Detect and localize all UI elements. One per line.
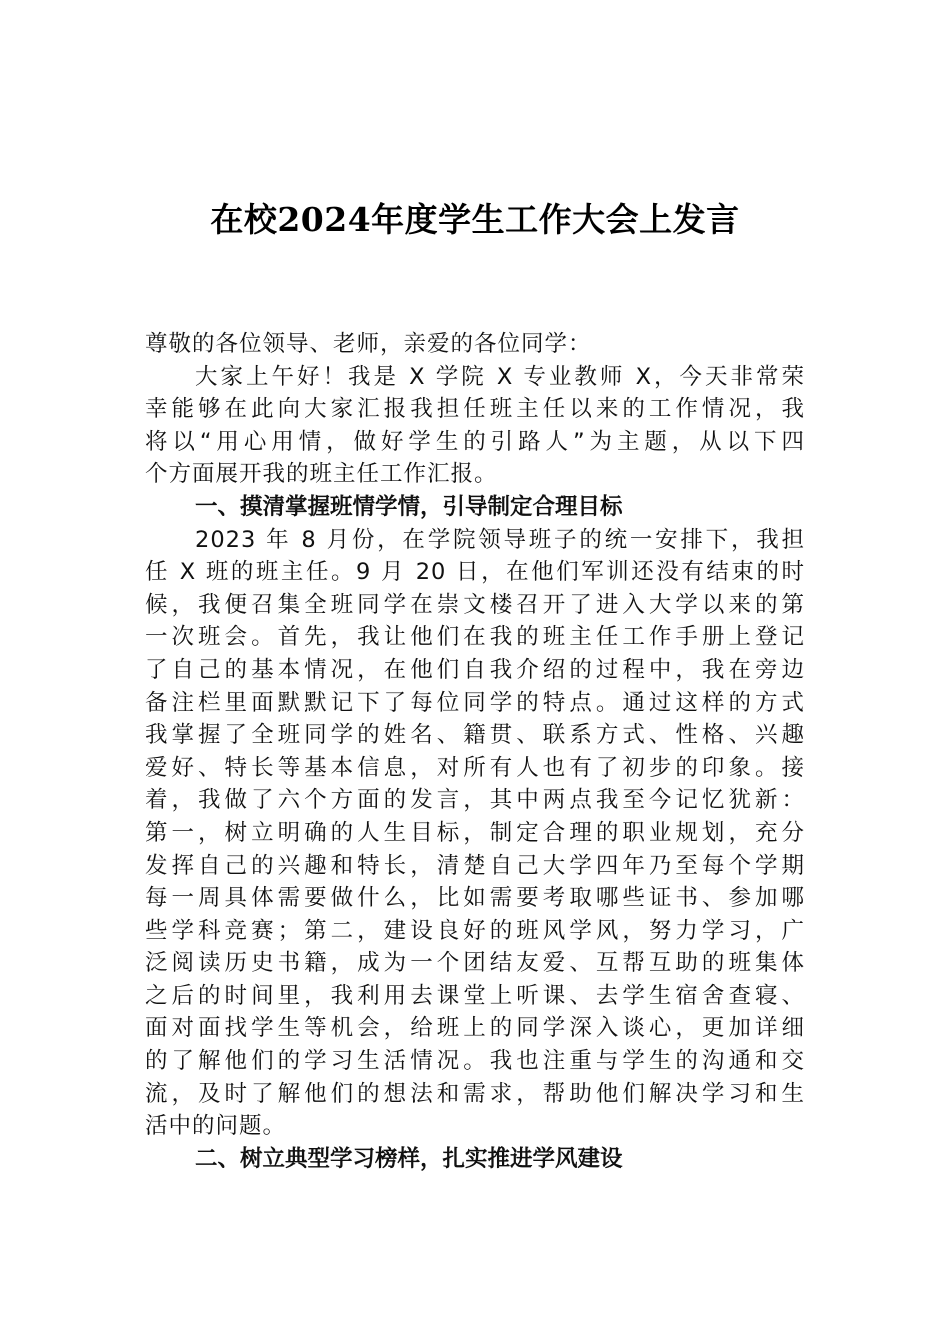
paragraph-line: 着，我做了六个方面的发言，其中两点我至今记忆犹新： xyxy=(145,784,805,817)
document-title: 在校2024年度学生工作大会上发言 xyxy=(0,196,950,244)
section-heading: 一、摸清掌握班情学情，引导制定合理目标 xyxy=(145,491,805,524)
document-body: 尊敬的各位领导、老师，亲爱的各位同学： 大家上午好！我是 X 学院 X 专业教师… xyxy=(145,328,805,1175)
paragraph-line: 我掌握了全班同学的姓名、籍贯、联系方式、性格、兴趣 xyxy=(145,719,805,752)
document-page: 在校2024年度学生工作大会上发言 尊敬的各位领导、老师，亲爱的各位同学： 大家… xyxy=(0,0,950,1344)
section-heading: 二、树立典型学习榜样，扎实推进学风建设 xyxy=(145,1143,805,1176)
paragraph-line: 幸能够在此向大家汇报我担任班主任以来的工作情况，我 xyxy=(145,393,805,426)
paragraph-line: 将以“用心用情，做好学生的引路人”为主题，从以下四 xyxy=(145,426,805,459)
paragraph-line: 第一，树立明确的人生目标，制定合理的职业规划，充分 xyxy=(145,817,805,850)
paragraph-line: 每一周具体需要做什么，比如需要考取哪些证书、参加哪 xyxy=(145,882,805,915)
paragraph-line: 爱好、特长等基本信息，对所有人也有了初步的印象。接 xyxy=(145,752,805,785)
paragraph-line: 任 X 班的班主任。9 月 20 日，在他们军训还没有结束的时 xyxy=(145,556,805,589)
paragraph-line: 活中的问题。 xyxy=(145,1110,805,1143)
paragraph-line: 流，及时了解他们的想法和需求，帮助他们解决学习和生 xyxy=(145,1078,805,1111)
paragraph-line: 泛阅读历史书籍，成为一个团结友爱、互帮互助的班集体 xyxy=(145,947,805,980)
paragraph-line: 个方面展开我的班主任工作汇报。 xyxy=(145,458,805,491)
paragraph-line: 之后的时间里，我利用去课堂上听课、去学生宿舍查寝、 xyxy=(145,980,805,1013)
paragraph-line: 备注栏里面默默记下了每位同学的特点。通过这样的方式 xyxy=(145,687,805,720)
paragraph-line: 的了解他们的学习生活情况。我也注重与学生的沟通和交 xyxy=(145,1045,805,1078)
paragraph-line: 一次班会。首先，我让他们在我的班主任工作手册上登记 xyxy=(145,621,805,654)
paragraph-line: 了自己的基本情况，在他们自我介绍的过程中，我在旁边 xyxy=(145,654,805,687)
paragraph-line: 2023 年 8 月份，在学院领导班子的统一安排下，我担 xyxy=(145,524,805,557)
paragraph-line: 候，我便召集全班同学在崇文楼召开了进入大学以来的第 xyxy=(145,589,805,622)
paragraph-line: 些学科竞赛；第二，建设良好的班风学风，努力学习，广 xyxy=(145,915,805,948)
paragraph-line: 大家上午好！我是 X 学院 X 专业教师 X，今天非常荣 xyxy=(145,361,805,394)
salutation: 尊敬的各位领导、老师，亲爱的各位同学： xyxy=(145,328,805,361)
paragraph-line: 面对面找学生等机会，给班上的同学深入谈心，更加详细 xyxy=(145,1012,805,1045)
paragraph-line: 发挥自己的兴趣和特长，清楚自己大学四年乃至每个学期 xyxy=(145,850,805,883)
